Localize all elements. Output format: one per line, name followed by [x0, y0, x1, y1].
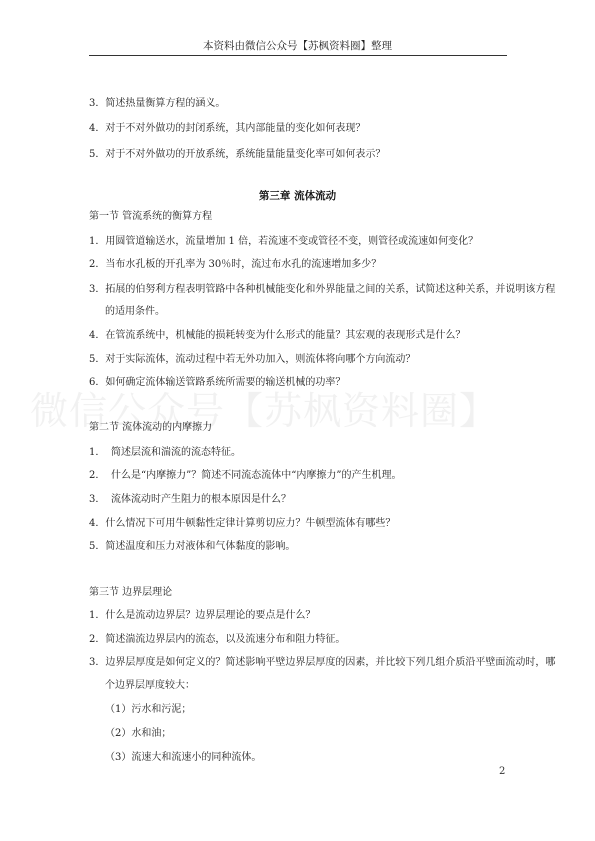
- question-number: 3．: [89, 656, 105, 670]
- question-number: 1．: [89, 609, 105, 623]
- question-number: 3．: [89, 493, 111, 507]
- question-text: 在管流系统中，机械能的损耗转变为什么形式的能量？其宏观的表现形式是什么？: [105, 330, 465, 341]
- chapter-title: 第三章 流体流动: [0, 188, 595, 203]
- question-text: 简述温度和压力对液体和气体黏度的影响。: [105, 541, 295, 552]
- question-text: 什么是流动边界层？边界层理论的要点是什么？: [105, 610, 315, 621]
- question-number: 4．: [89, 122, 105, 136]
- question-text: 拓展的伯努利方程表明管路中各种机械能变化和外界能量之间的关系，试简述这种关系，并…: [105, 284, 555, 295]
- question-number: 5．: [89, 148, 105, 162]
- sub-item-number: （2）: [105, 727, 131, 741]
- question-item: 2．当布水孔板的开孔率为 30％时，流过布水孔的流速增加多少？: [89, 258, 381, 272]
- section-title: 第一节 管流系统的衡算方程: [89, 210, 212, 224]
- question-item: 1．用圆管道输送水，流量增加 1 倍，若流速不变或管径不变，则管径或流速如何变化…: [89, 235, 478, 249]
- sub-item-number: （3）: [105, 751, 131, 765]
- question-text: 什么是“内摩擦力”？简述不同流态流体中“内摩擦力”的产生机理。: [111, 470, 401, 481]
- question-item: 3．拓展的伯努利方程表明管路中各种机械能变化和外界能量之间的关系，试简述这种关系…: [89, 283, 555, 297]
- question-number: 1．: [89, 235, 105, 249]
- question-item: 4．什么情况下可用牛顿黏性定律计算剪切应力？牛顿型流体有哪些？: [89, 517, 395, 531]
- page-header: 本资料由微信公众号【苏枫资料圈】整理: [0, 38, 595, 53]
- question-item: 3．简述热量衡算方程的涵义。: [89, 97, 225, 111]
- question-item: 5．对于实际流体，流动过程中若无外功加入，则流体将向哪个方向流动？: [89, 353, 415, 367]
- section-title: 第三节 边界层理论: [89, 586, 172, 600]
- question-number: 4．: [89, 329, 105, 343]
- question-item: 2．简述湍流边界层内的流态，以及流速分布和阻力特征。: [89, 633, 345, 647]
- question-text: 边界层厚度是如何定义的？简述影响平壁边界层厚度的因素，并比较下列几组介质沿平壁面…: [105, 657, 555, 668]
- document-page: 本资料由微信公众号【苏枫资料圈】整理 微信公众号【苏枫资料圈】 3．简述热量衡算…: [0, 0, 595, 841]
- section-title: 第二节 流体流动的内摩擦力: [89, 421, 212, 435]
- question-number: 1．: [89, 446, 111, 460]
- question-number: 2．: [89, 258, 105, 272]
- question-item: 6．如何确定流体输送管路系统所需要的输送机械的功率？: [89, 376, 345, 390]
- question-text: 如何确定流体输送管路系统所需要的输送机械的功率？: [105, 377, 345, 388]
- question-item: 4．在管流系统中，机械能的损耗转变为什么形式的能量？其宏观的表现形式是什么？: [89, 329, 465, 343]
- question-continuation: 的适用条件。: [105, 305, 165, 319]
- question-text: 对于实际流体，流动过程中若无外功加入，则流体将向哪个方向流动？: [105, 354, 415, 365]
- page-number: 2: [499, 766, 505, 777]
- question-text: 对于不对外做功的封闭系统，其内部能量的变化如何表现？: [105, 123, 365, 134]
- question-text: 简述热量衡算方程的涵义。: [105, 98, 225, 109]
- question-number: 2．: [89, 469, 111, 483]
- question-number: 4．: [89, 517, 105, 531]
- question-item: 5．对于不对外做功的开放系统，系统能量能量变化率可如何表示？: [89, 148, 385, 162]
- question-number: 6．: [89, 376, 105, 390]
- question-text: 对于不对外做功的开放系统，系统能量能量变化率可如何表示？: [105, 149, 385, 160]
- question-text: 当布水孔板的开孔率为 30％时，流过布水孔的流速增加多少？: [105, 259, 381, 270]
- question-item: 3．边界层厚度是如何定义的？简述影响平壁边界层厚度的因素，并比较下列几组介质沿平…: [89, 656, 555, 670]
- question-text: 流体流动时产生阻力的根本原因是什么？: [111, 494, 291, 505]
- sub-item: （1）污水和污泥；: [105, 703, 191, 717]
- question-text: 什么情况下可用牛顿黏性定律计算剪切应力？牛顿型流体有哪些？: [105, 518, 395, 529]
- question-number: 2．: [89, 633, 105, 647]
- question-item: 4．对于不对外做功的封闭系统，其内部能量的变化如何表现？: [89, 122, 365, 136]
- header-divider: [89, 55, 507, 56]
- question-item: 1．简述层流和湍流的流态特征。: [89, 446, 241, 460]
- question-number: 5．: [89, 353, 105, 367]
- question-item: 5．简述温度和压力对液体和气体黏度的影响。: [89, 540, 295, 554]
- question-number: 5．: [89, 540, 105, 554]
- sub-item-text: 流速大和流速小的同种流体。: [131, 752, 261, 763]
- question-number: 3．: [89, 97, 105, 111]
- question-number: 3．: [89, 283, 105, 297]
- sub-item-text: 水和油；: [131, 728, 171, 739]
- question-text: 简述层流和湍流的流态特征。: [111, 447, 241, 458]
- question-item: 1．什么是流动边界层？边界层理论的要点是什么？: [89, 609, 315, 623]
- sub-item: （2）水和油；: [105, 727, 171, 741]
- sub-item-text: 污水和污泥；: [131, 704, 191, 715]
- sub-item: （3）流速大和流速小的同种流体。: [105, 751, 261, 765]
- question-text: 用圆管道输送水，流量增加 1 倍，若流速不变或管径不变，则管径或流速如何变化？: [105, 236, 478, 247]
- question-item: 3．流体流动时产生阻力的根本原因是什么？: [89, 493, 291, 507]
- question-continuation: 个边界层厚度较大：: [105, 679, 195, 693]
- question-text: 简述湍流边界层内的流态，以及流速分布和阻力特征。: [105, 634, 345, 645]
- sub-item-number: （1）: [105, 703, 131, 717]
- question-item: 2．什么是“内摩擦力”？简述不同流态流体中“内摩擦力”的产生机理。: [89, 469, 401, 483]
